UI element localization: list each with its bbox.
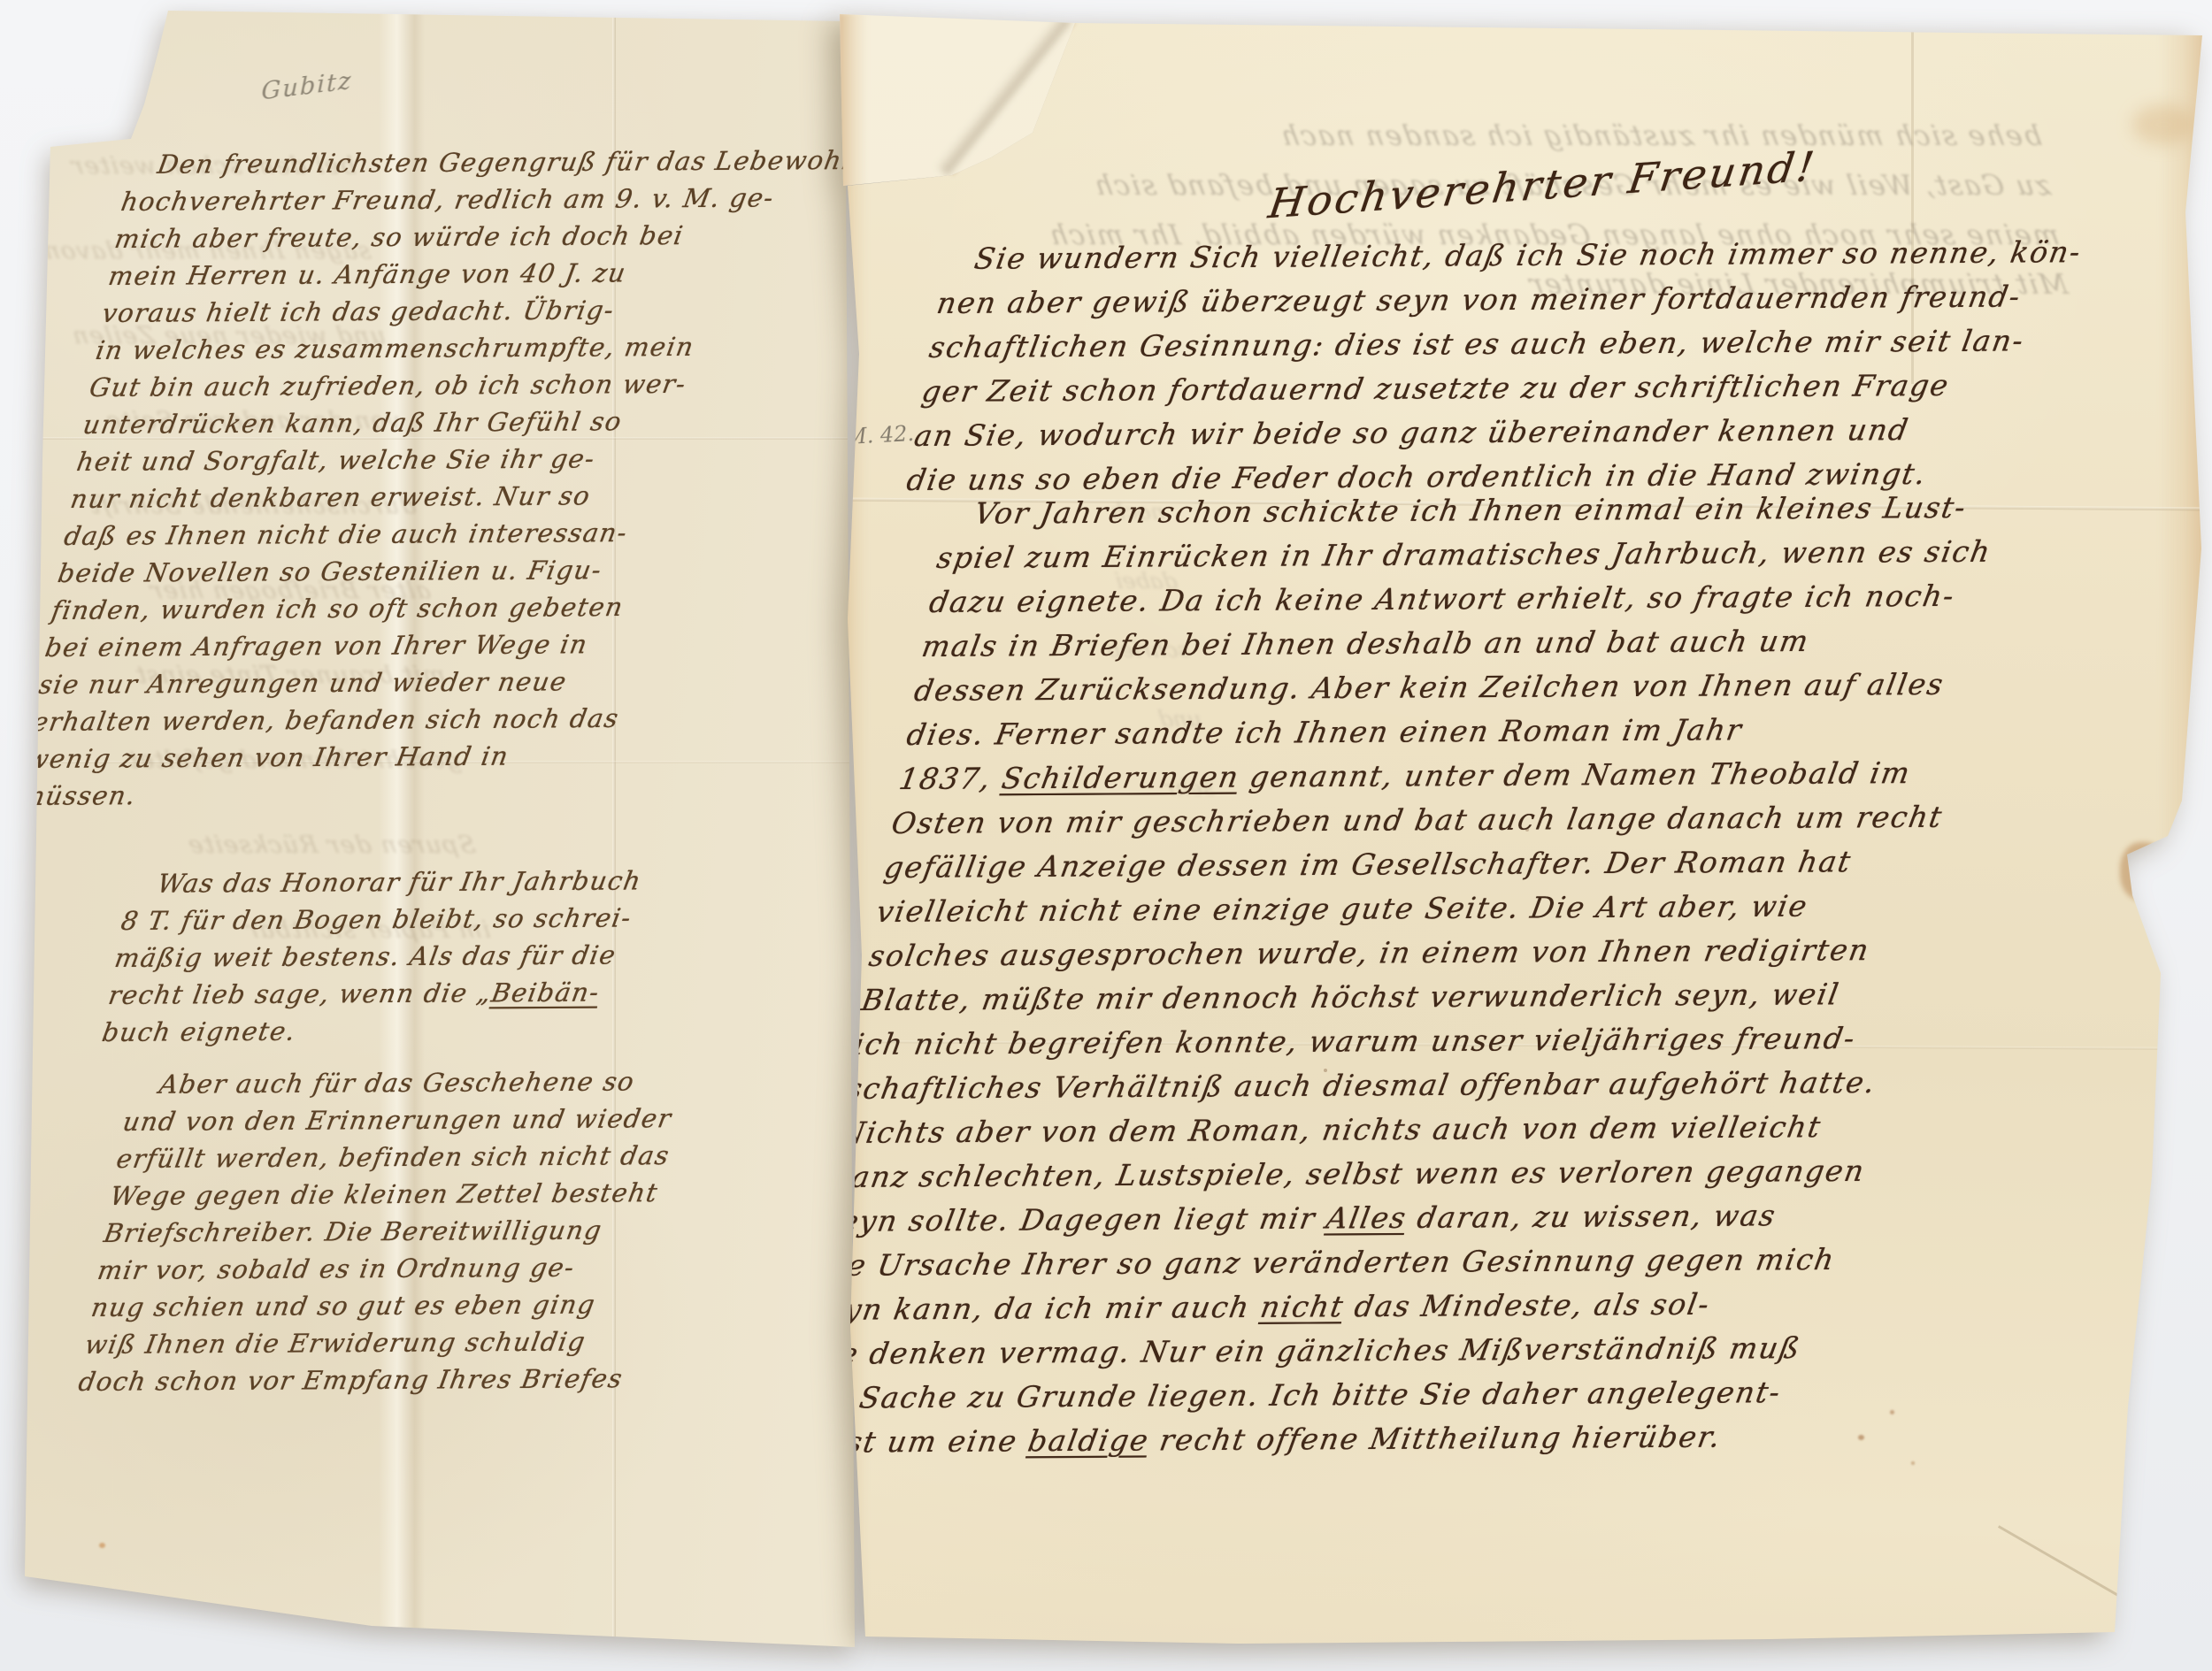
right-letter-sheet-wrap: behe sich münden ihr zuständig ich sande…: [0, 0, 2212, 1671]
browned-edge: [837, 12, 867, 189]
underlined-word: nicht: [1258, 1289, 1348, 1324]
torn-notch: [2120, 842, 2166, 901]
handwriting-line: ich nicht begreifen konnte, warum unser …: [850, 1016, 1911, 1067]
handwriting-line: ganz schlechten, Lustspiele, selbst wenn…: [828, 1149, 1889, 1200]
handwriting-line: gefällige Anzeige dessen im Gesellschaft…: [880, 839, 1941, 890]
bleedthrough-line: behe sich münden ihr zuständig ich sande…: [860, 111, 2046, 161]
handwriting-line: vielleicht nicht eine einzige gute Seite…: [873, 884, 1934, 934]
handwriting-line: spiel zum Einrücken in Ihr dramatisches …: [933, 530, 1994, 580]
handwriting-line: nen aber gewiß überzeugt seyn von meiner…: [933, 274, 2078, 326]
handwriting-line: die Ursache Ihrer so ganz veränderten Ge…: [813, 1238, 1874, 1288]
handwriting-line: 1837, Schilderungen genannt, unter dem N…: [895, 751, 1956, 801]
handwriting-line: Vor Jahren schon schickte ich Ihnen einm…: [941, 486, 2001, 536]
margin-fragment: M. 42.: [844, 421, 914, 449]
handwriting-line: solches ausgesprochen wurde, in einem vo…: [865, 928, 1926, 978]
ink-stain: [1858, 1435, 1864, 1440]
ink-stain: [1890, 1410, 1894, 1414]
handwriting-line: schaftliches Verhältniß auch diesmal off…: [843, 1061, 1904, 1111]
handwriting-line: Osten von mir geschrieben und bat auch l…: [888, 795, 1949, 846]
handwriting-line: Sie wundern Sich vielleicht, daß ich Sie…: [941, 230, 2085, 281]
handwriting-line: dies. Ferner sandte ich Ihnen einen Roma…: [903, 707, 1964, 757]
handwriting-line: seyn kann, da ich mir auch nicht das Min…: [805, 1282, 1866, 1332]
underlined-word: baldige: [1025, 1422, 1152, 1458]
right-paragraph-2: Vor Jahren schon schickte ich Ihnen einm…: [783, 486, 2002, 1465]
paper-stain: [2132, 104, 2194, 145]
handwriting-line: dessen Zurücksendung. Aber kein Zeilchen…: [910, 663, 1971, 713]
handwriting-line: seyn sollte. Dagegen liegt mir Alles dar…: [820, 1193, 1881, 1244]
handwriting-line: dazu eignete. Da ich keine Antwort erhie…: [926, 574, 1986, 625]
handwriting-line: che denken vermag. Nur ein gänzliches Mi…: [798, 1326, 1859, 1376]
handwriting-line: lichst um eine baldige recht offene Mitt…: [783, 1414, 1844, 1465]
photograph-of-letters: bei dem schon weiter sagen Ihnen mehr da…: [0, 0, 2212, 1671]
handwriting-line: mals in Briefen bei Ihnen deshalb an und…: [918, 618, 1979, 669]
right-paragraph-1: Sie wundern Sich vielleicht, daß ich Sie…: [903, 230, 2085, 502]
handwriting-line: ger Zeit schon fortdauernd zusetzte zu d…: [918, 363, 2062, 414]
handwriting-line: Blatte, müßte mir dennoch höchst verwund…: [858, 972, 1919, 1023]
underlined-word: Schilderungen: [999, 760, 1242, 796]
corner-crease: [1998, 1525, 2122, 1598]
browned-edge-right: [2159, 32, 2208, 855]
handwriting-line: der Sache zu Grunde liegen. Ich bitte Si…: [790, 1370, 1851, 1421]
handwriting-line: schaftlichen Gesinnung: dies ist es auch…: [926, 318, 2070, 370]
ink-stain: [1911, 1461, 1915, 1465]
underlined-word: Alles: [1324, 1200, 1409, 1236]
handwriting-line: Nichts aber von dem Roman, nichts auch v…: [835, 1105, 1896, 1155]
right-letter-sheet: behe sich münden ihr zuständig ich sande…: [0, 0, 2212, 1671]
handwriting-line: an Sie, wodurch wir beide so ganz überei…: [910, 407, 2055, 458]
